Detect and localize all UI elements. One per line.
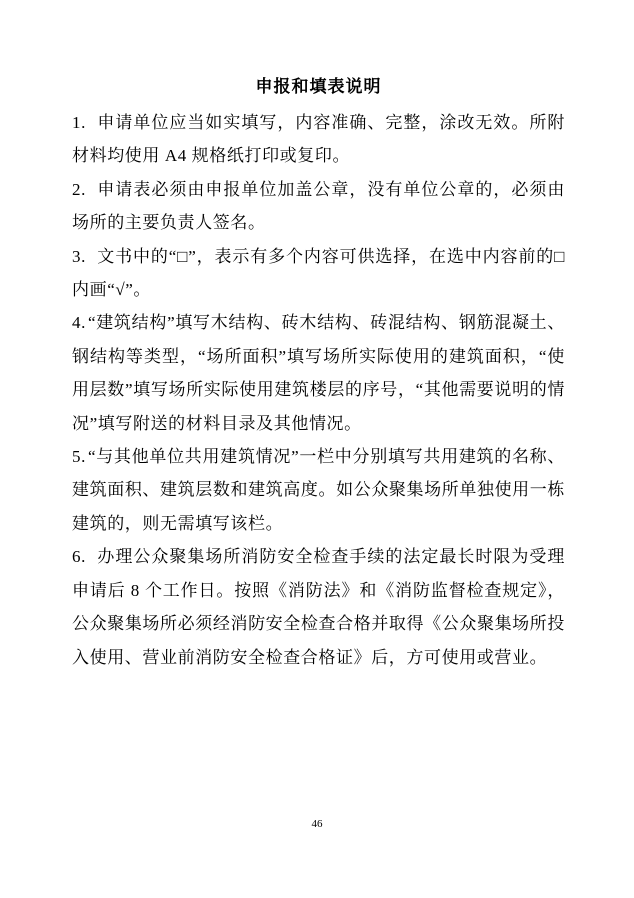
item-number: 6. xyxy=(72,547,86,566)
item-text: 申请单位应当如实填写，内容准确、完整，涂改无效。所附材料均使用 A4 规格纸打印… xyxy=(72,113,565,165)
list-item: 3.文书中的“□”，表示有多个内容可供选择，在选中内容前的□内画“√”。 xyxy=(72,240,565,307)
list-item: 1.申请单位应当如实填写，内容准确、完整，涂改无效。所附材料均使用 A4 规格纸… xyxy=(72,106,565,173)
item-number: 3. xyxy=(72,247,86,266)
item-text: 办理公众聚集场所消防安全检查手续的法定最长时限为受理申请后 8 个工作日。按照《… xyxy=(72,547,565,666)
item-number: 2. xyxy=(72,180,86,199)
item-number: 1. xyxy=(72,113,86,132)
list-item: 5.“与其他单位共用建筑情况”一栏中分别填写共用建筑的名称、建筑面积、建筑层数和… xyxy=(72,440,565,540)
item-number: 4. xyxy=(72,313,86,332)
item-text: 申请表必须由申报单位加盖公章，没有单位公章的，必须由场所的主要负责人签名。 xyxy=(72,180,565,232)
item-text: “建筑结构”填写木结构、砖木结构、砖混结构、钢筋混凝土、钢结构等类型，“场所面积… xyxy=(72,313,565,432)
document-content: 申报和填表说明 1.申请单位应当如实填写，内容准确、完整，涂改无效。所附材料均使… xyxy=(72,70,565,674)
item-text: 文书中的“□”，表示有多个内容可供选择，在选中内容前的□内画“√”。 xyxy=(72,247,565,299)
list-item: 2.申请表必须由申报单位加盖公章，没有单位公章的，必须由场所的主要负责人签名。 xyxy=(72,173,565,240)
list-item: 4.“建筑结构”填写木结构、砖木结构、砖混结构、钢筋混凝土、钢结构等类型，“场所… xyxy=(72,306,565,440)
list-item: 6.办理公众聚集场所消防安全检查手续的法定最长时限为受理申请后 8 个工作日。按… xyxy=(72,540,565,674)
item-number: 5. xyxy=(72,447,86,466)
item-text: “与其他单位共用建筑情况”一栏中分别填写共用建筑的名称、建筑面积、建筑层数和建筑… xyxy=(72,447,565,533)
document-page: 申报和填表说明 1.申请单位应当如实填写，内容准确、完整，涂改无效。所附材料均使… xyxy=(0,0,634,898)
page-title: 申报和填表说明 xyxy=(72,70,565,103)
page-number: 46 xyxy=(0,817,634,832)
